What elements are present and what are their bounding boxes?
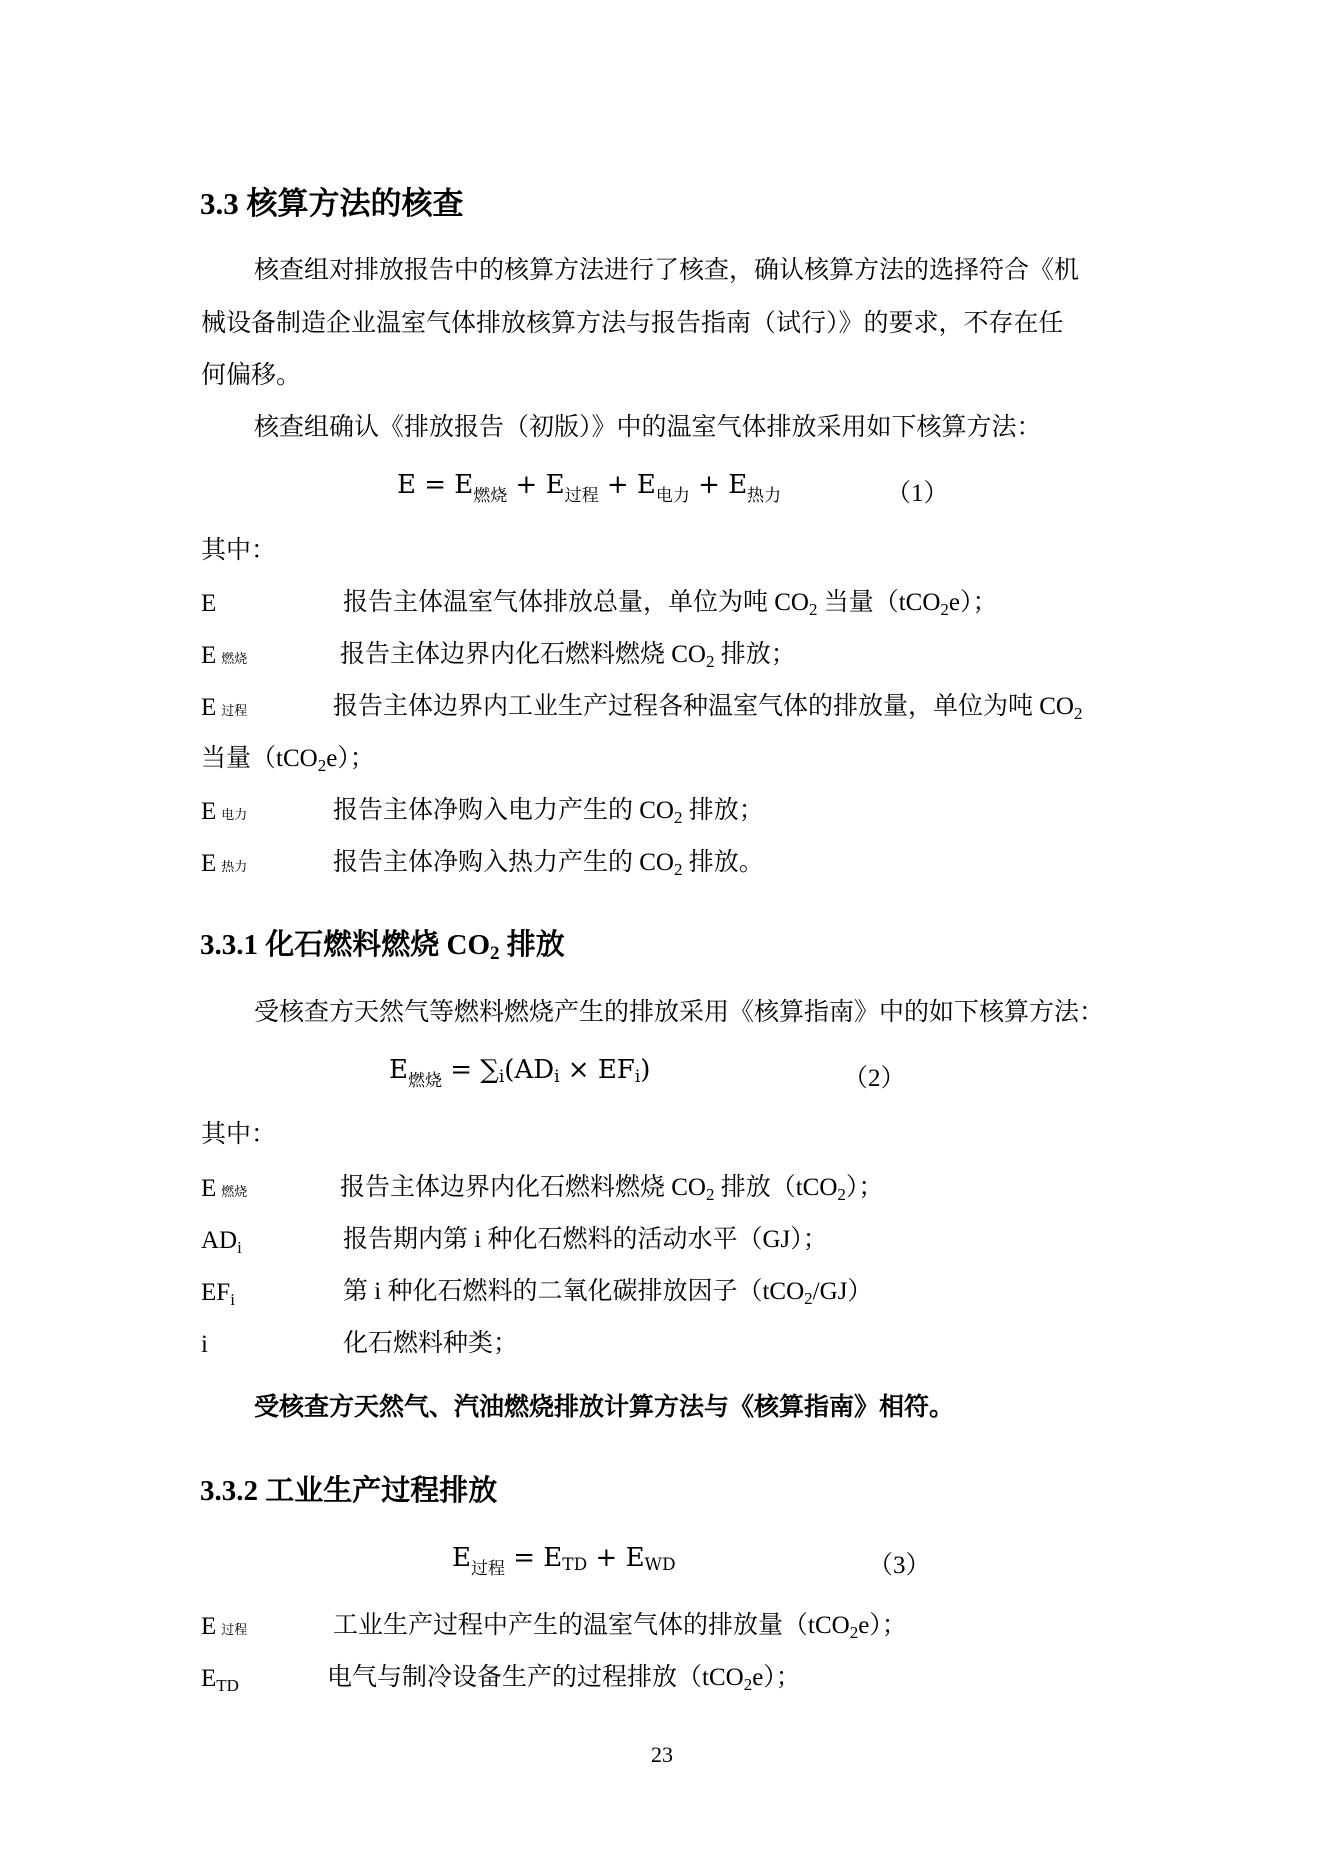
def-symbol-e-td: ETD (201, 1665, 239, 1696)
equation-1: E = E燃烧 + E过程 + E电力 + E热力 (397, 470, 781, 506)
section-3-3-2-title: 3.3.2 工业生产过程排放 (200, 1468, 497, 1509)
def-symbol-i: i (201, 1331, 208, 1359)
def-text-e-electricity: 报告主体净购入电力产生的 CO2 排放； (333, 798, 764, 826)
section-3-3-title: 3.3 核算方法的核查 (200, 178, 464, 223)
def-text-e-process: 报告主体边界内工业生产过程各种温室气体的排放量，单位为吨 CO2 (333, 694, 1082, 722)
def-symbol-e-process: E过程 (201, 694, 247, 722)
where-label-1: 其中： (201, 538, 276, 563)
def-text-e-combustion: 报告主体边界内化石燃料燃烧 CO2 排放； (340, 642, 796, 670)
conclusion-3-3-1: 受核查方天然气、汽油燃烧排放计算方法与《核算指南》相符。 (254, 1395, 954, 1420)
section-3-3-1-title: 3.3.1 化石燃料燃烧 CO2 排放 (200, 922, 565, 965)
def-text-e-process-2: 工业生产过程中产生的温室气体的排放量（tCO2e）； (333, 1613, 907, 1641)
def-symbol-e: E (201, 590, 216, 618)
def-symbol-ef: EFi (201, 1279, 235, 1310)
equation-2: E燃烧 = ∑i(ADi × EFi) (389, 1055, 650, 1091)
para1-line1: 核查组对排放报告中的核算方法进行了核查，确认核算方法的选择符合《机 (254, 258, 1079, 283)
def-text-ad: 报告期内第 i 种化石燃料的活动水平（GJ）； (343, 1227, 828, 1252)
def-text-e-combustion-2: 报告主体边界内化石燃料燃烧 CO2 排放（tCO2）； (340, 1175, 883, 1203)
where-label-2: 其中： (201, 1122, 276, 1147)
equation-3: E过程 = ETD + EWD (452, 1543, 676, 1579)
def-symbol-ad: ADi (201, 1227, 242, 1258)
page-number: 23 (651, 1742, 673, 1768)
section-3-3-1-para: 受核查方天然气等燃料燃烧产生的排放采用《核算指南》中的如下核算方法： (254, 1000, 1104, 1025)
def-text-e-td: 电气与制冷设备生产的过程排放（tCO2e）； (327, 1665, 801, 1693)
def-symbol-e-combustion: E燃烧 (201, 642, 247, 670)
def-text-e-heat: 报告主体净购入热力产生的 CO2 排放。 (333, 850, 764, 878)
def-symbol-e-process-2: E过程 (201, 1613, 247, 1641)
equation-2-number: （2） (843, 1058, 906, 1094)
para2: 核查组确认《排放报告（初版）》中的温室气体排放采用如下核算方法： (254, 415, 1042, 440)
equation-1-number: （1） (886, 473, 949, 509)
def-text-i: 化石燃料种类； (343, 1331, 518, 1356)
para1-line2: 械设备制造企业温室气体排放核算方法与报告指南（试行）》的要求，不存在任 (201, 311, 1064, 336)
def-text-e: 报告主体温室气体排放总量，单位为吨 CO2 当量（tCO2e）； (343, 590, 998, 618)
def-text-ef: 第 i 种化石燃料的二氧化碳排放因子（tCO2/GJ） (343, 1279, 872, 1307)
para1-line3: 何偏移。 (201, 363, 301, 388)
def-text-e-process-cont: 当量（tCO2e）； (201, 746, 375, 774)
def-symbol-e-electricity: E电力 (201, 798, 247, 826)
equation-3-number: （3） (868, 1545, 931, 1581)
def-symbol-e-heat: E热力 (201, 850, 247, 878)
def-symbol-e-combustion-2: E燃烧 (201, 1175, 247, 1203)
